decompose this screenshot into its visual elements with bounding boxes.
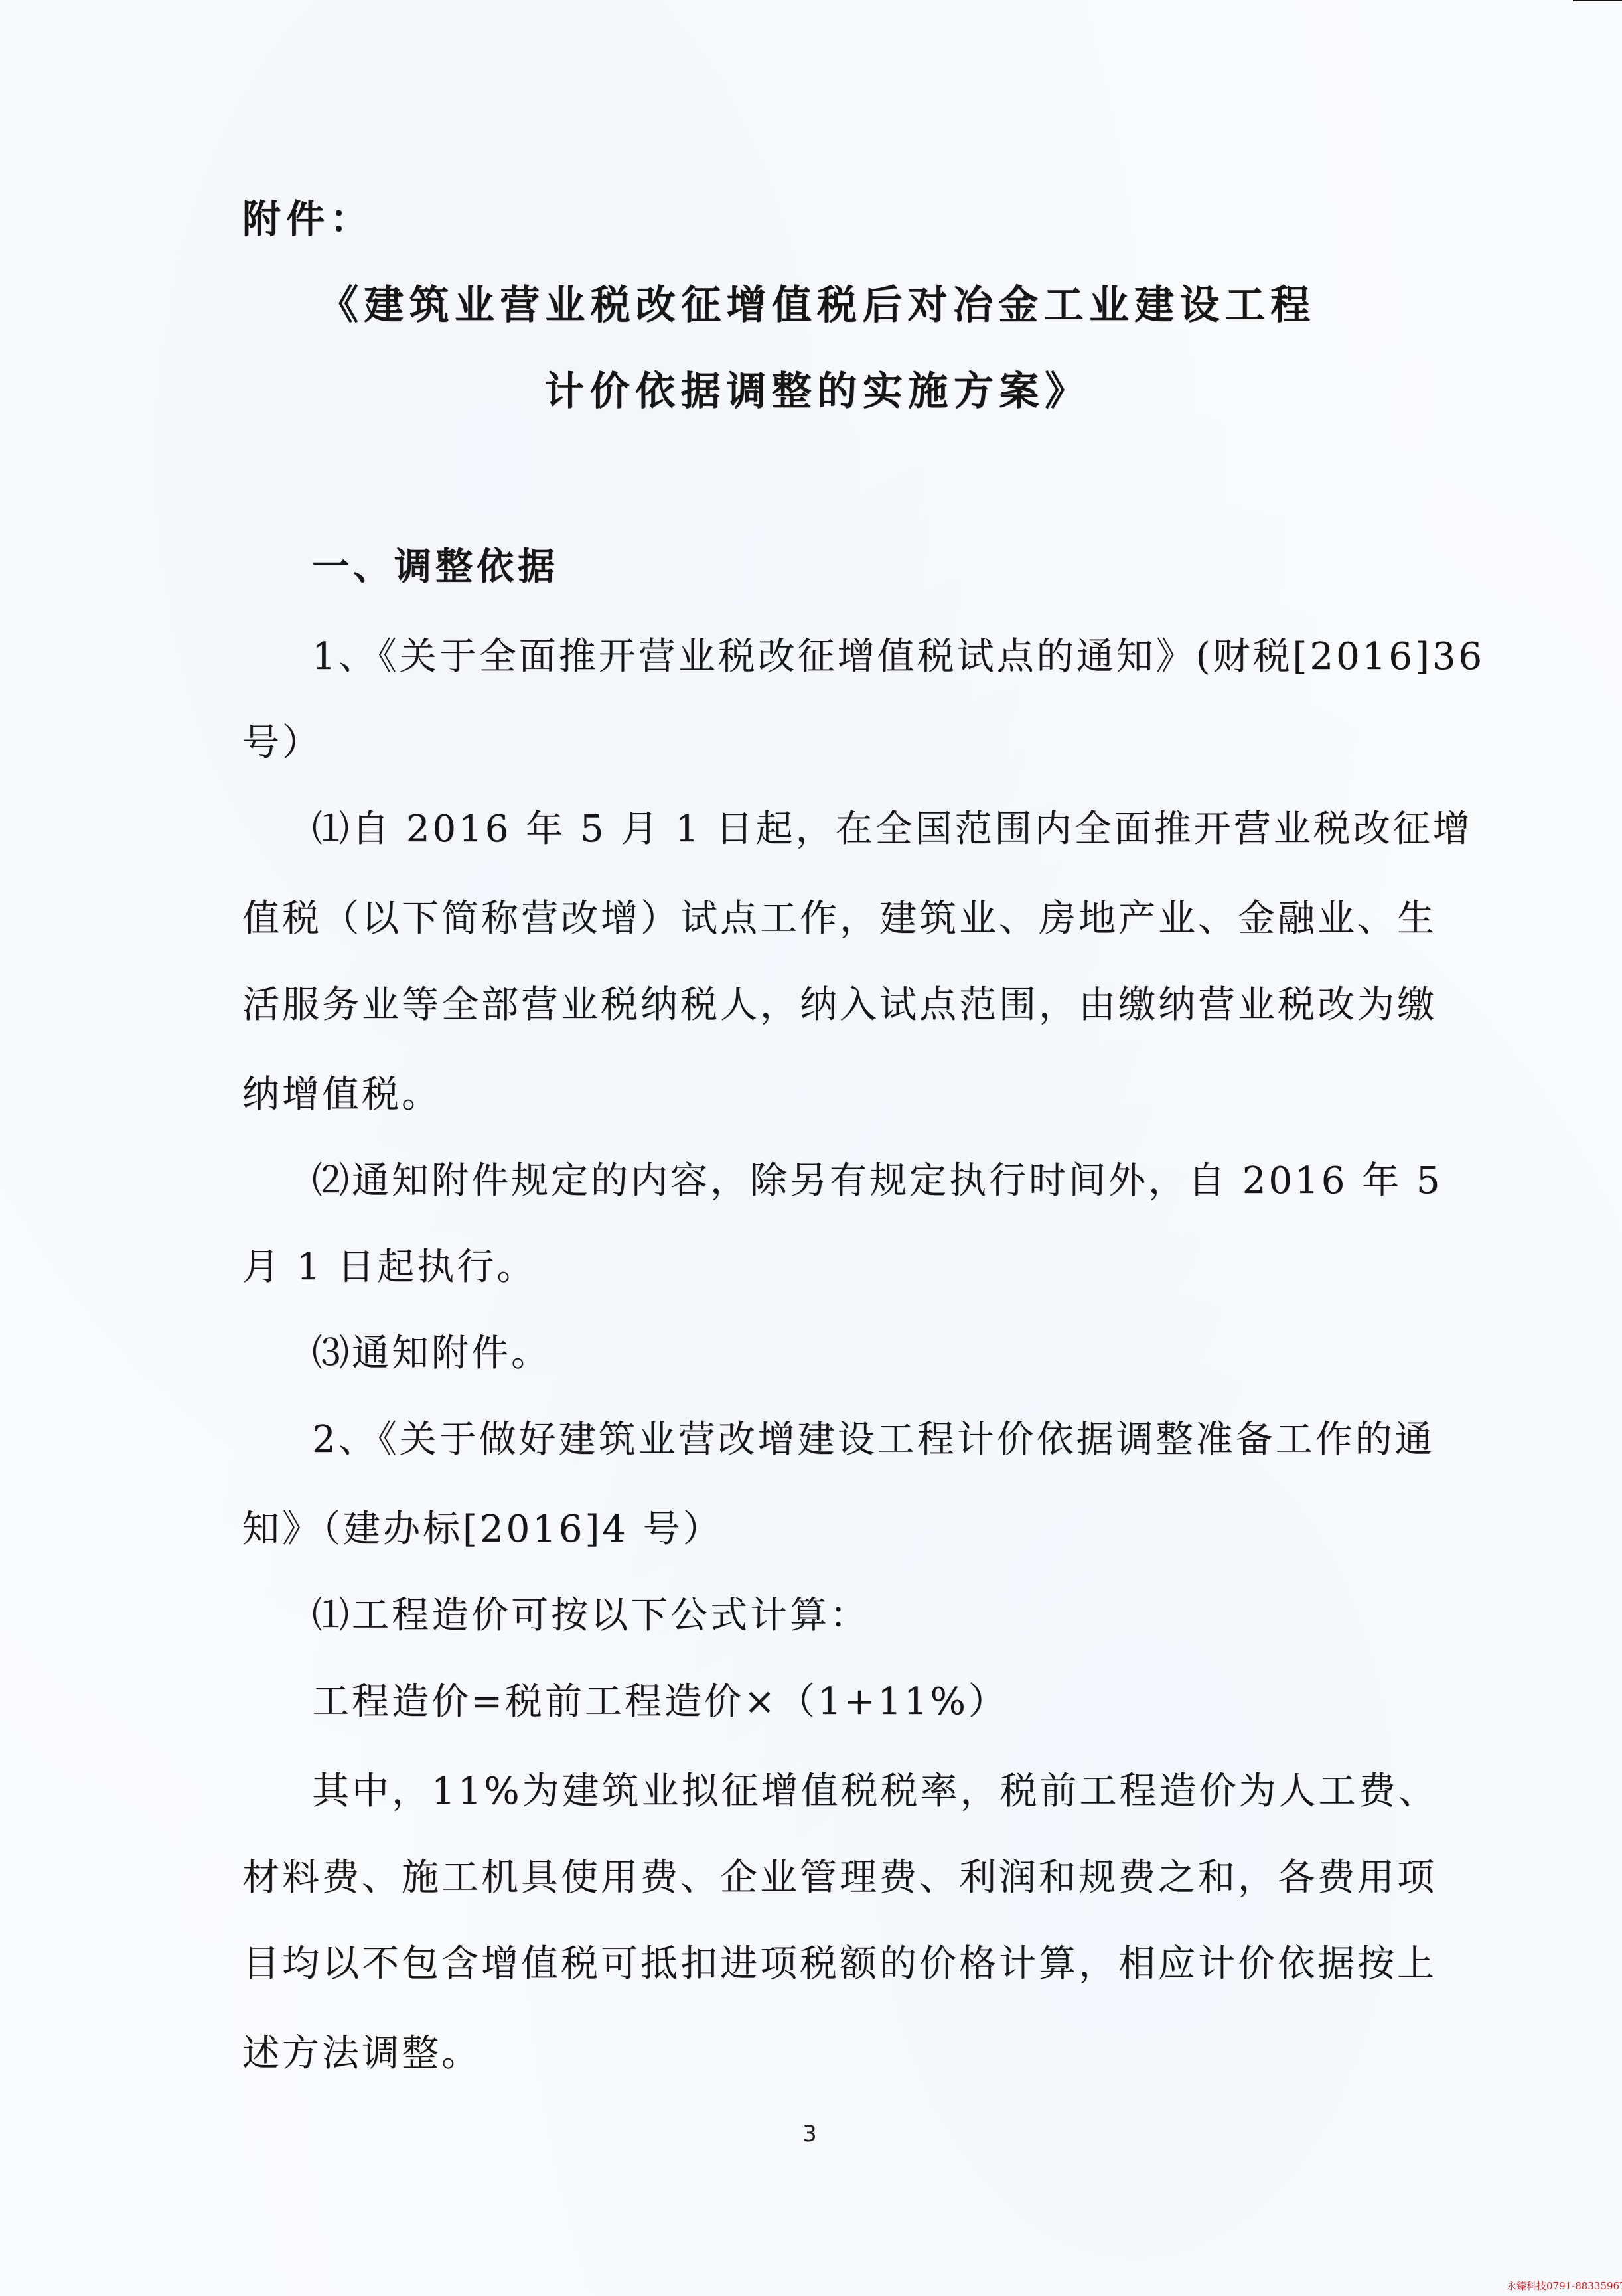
explanation-line-1: 其中，11%为建筑业拟征增值税税率，税前工程造价为人工费、 bbox=[312, 1765, 1385, 1818]
item-1-sub-1-line-4: 纳增值税。 bbox=[242, 1068, 1385, 1121]
item-2-line-2: 知》（建办标[2016]4 号） bbox=[242, 1503, 1385, 1556]
item-1-sub-3-line-1: ⑶通知附件。 bbox=[312, 1327, 1455, 1380]
watermark-stamp: 永臻科技0791-88335967 bbox=[1507, 2279, 1622, 2293]
page-number: 3 bbox=[790, 2121, 830, 2147]
document-title-line-2: 计价依据调整的实施方案》 bbox=[544, 365, 1088, 418]
item-1-sub-1-line-3: 活服务业等全部营业税纳税人，纳入试点范围，由缴纳营业税改为缴 bbox=[242, 979, 1385, 1032]
explanation-line-4: 述方法调整。 bbox=[242, 2027, 1385, 2080]
item-1-line-1: 1、《关于全面推开营业税改征增值税试点的通知》(财税[2016]36 bbox=[312, 630, 1385, 683]
scan-edge-artifact bbox=[1573, 0, 1622, 1]
cost-formula: 工程造价=税前工程造价×（1+11%） bbox=[312, 1676, 1455, 1729]
document-page: 附件： 《建筑业营业税改征增值税后对冶金工业建设工程 计价依据调整的实施方案》 … bbox=[0, 0, 1622, 2296]
explanation-line-2: 材料费、施工机具使用费、企业管理费、利润和规费之和，各费用项 bbox=[242, 1851, 1385, 1904]
document-title-line-1: 《建筑业营业税改征增值税后对冶金工业建设工程 bbox=[319, 279, 1314, 332]
attachment-label: 附件： bbox=[242, 192, 1385, 246]
item-2-line-1: 2、《关于做好建筑业营改增建设工程计价依据调整准备工作的通 bbox=[312, 1413, 1385, 1467]
item-1-sub-2-line-2: 月 1 日起执行。 bbox=[242, 1241, 1385, 1294]
section-heading-adjustment-basis: 一、调整依据 bbox=[312, 541, 1455, 594]
item-1-sub-2-line-1: ⑵通知附件规定的内容，除另有规定执行时间外，自 2016 年 5 bbox=[312, 1155, 1385, 1208]
item-1-sub-1-line-1: ⑴自 2016 年 5 月 1 日起，在全国范围内全面推开营业税改征增 bbox=[312, 803, 1385, 856]
item-1-line-2: 号） bbox=[242, 717, 1385, 770]
explanation-line-3: 目均以不包含增值税可抵扣进项税额的价格计算，相应计价依据按上 bbox=[242, 1938, 1385, 1991]
item-2-sub-1-line-1: ⑴工程造价可按以下公式计算： bbox=[312, 1589, 1455, 1642]
item-1-sub-1-line-2: 值税（以下简称营改增）试点工作，建筑业、房地产业、金融业、生 bbox=[242, 893, 1385, 946]
